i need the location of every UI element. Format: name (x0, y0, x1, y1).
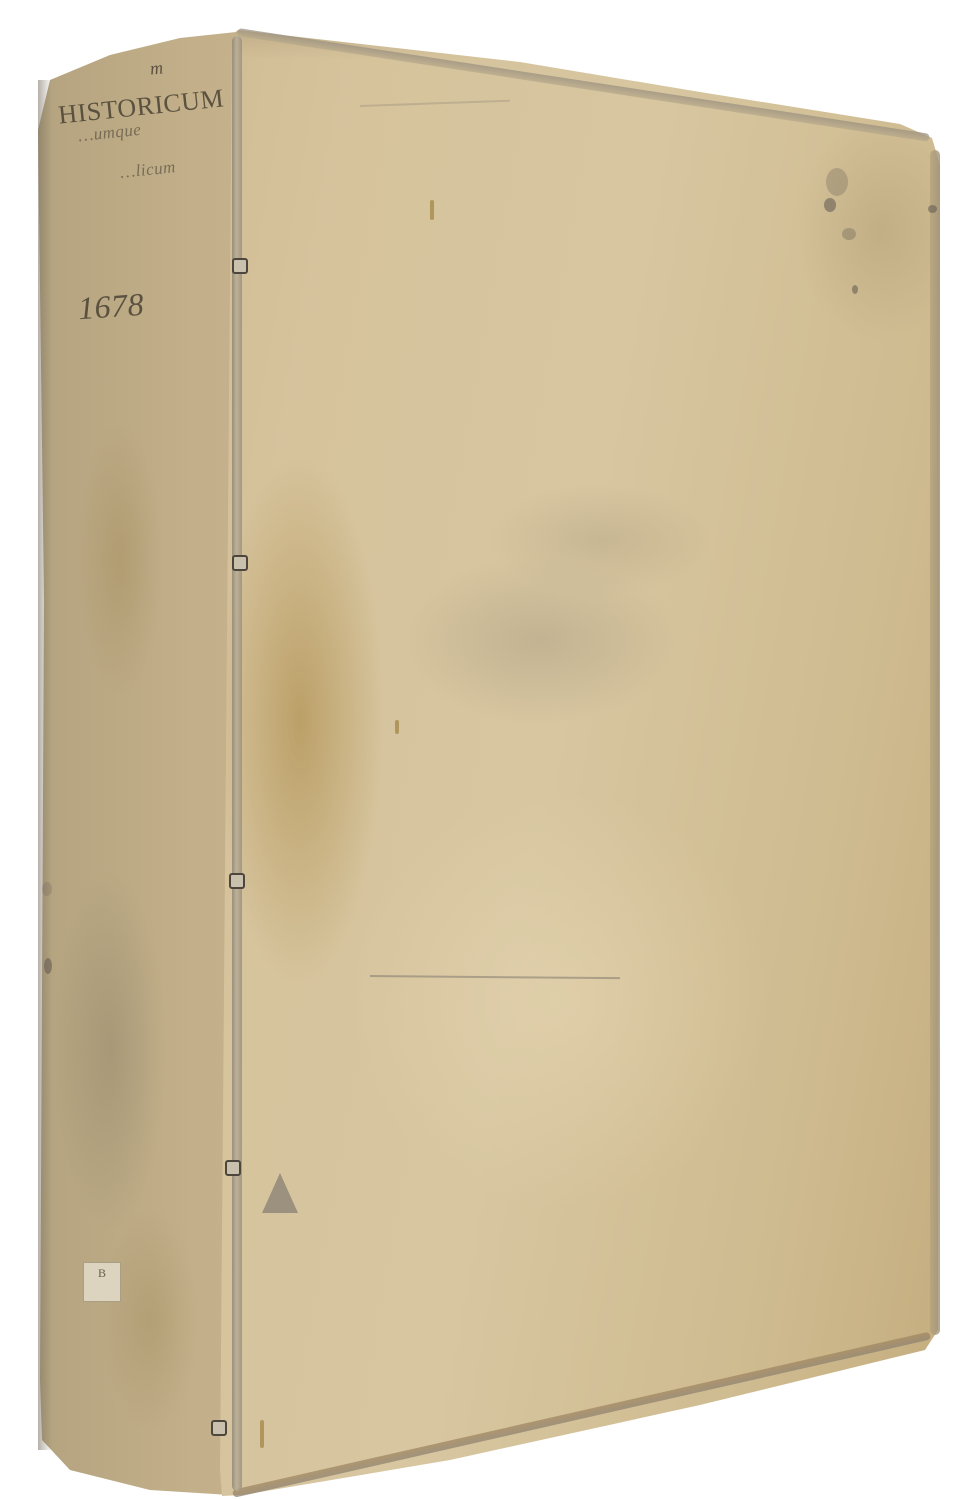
shelf-label: B (83, 1262, 121, 1302)
stain-drip (260, 1420, 264, 1448)
spine-joint (232, 36, 242, 1491)
stain-spot (826, 168, 848, 196)
stain-spot (842, 228, 856, 240)
stain-spot (44, 958, 52, 974)
sewing-tie (232, 258, 248, 274)
sewing-tie (229, 873, 245, 889)
stain-spot (852, 285, 858, 294)
sewing-tie (211, 1420, 227, 1436)
spine-year: 1678 (77, 286, 145, 328)
stain-drip (395, 720, 399, 734)
stain-spot (928, 205, 937, 213)
sewing-tie (232, 555, 248, 571)
stain-spot (824, 198, 836, 212)
book-photo: m HISTORICUM …umque …licum 1678 B (0, 0, 973, 1500)
stain-drip (430, 200, 434, 220)
cover-fore-edge (930, 150, 940, 1335)
spine-handwriting: m (149, 57, 165, 79)
worn-patch (262, 1173, 298, 1213)
spine-shadow (38, 80, 52, 1450)
stain-spot (42, 882, 52, 896)
sewing-tie (225, 1160, 241, 1176)
